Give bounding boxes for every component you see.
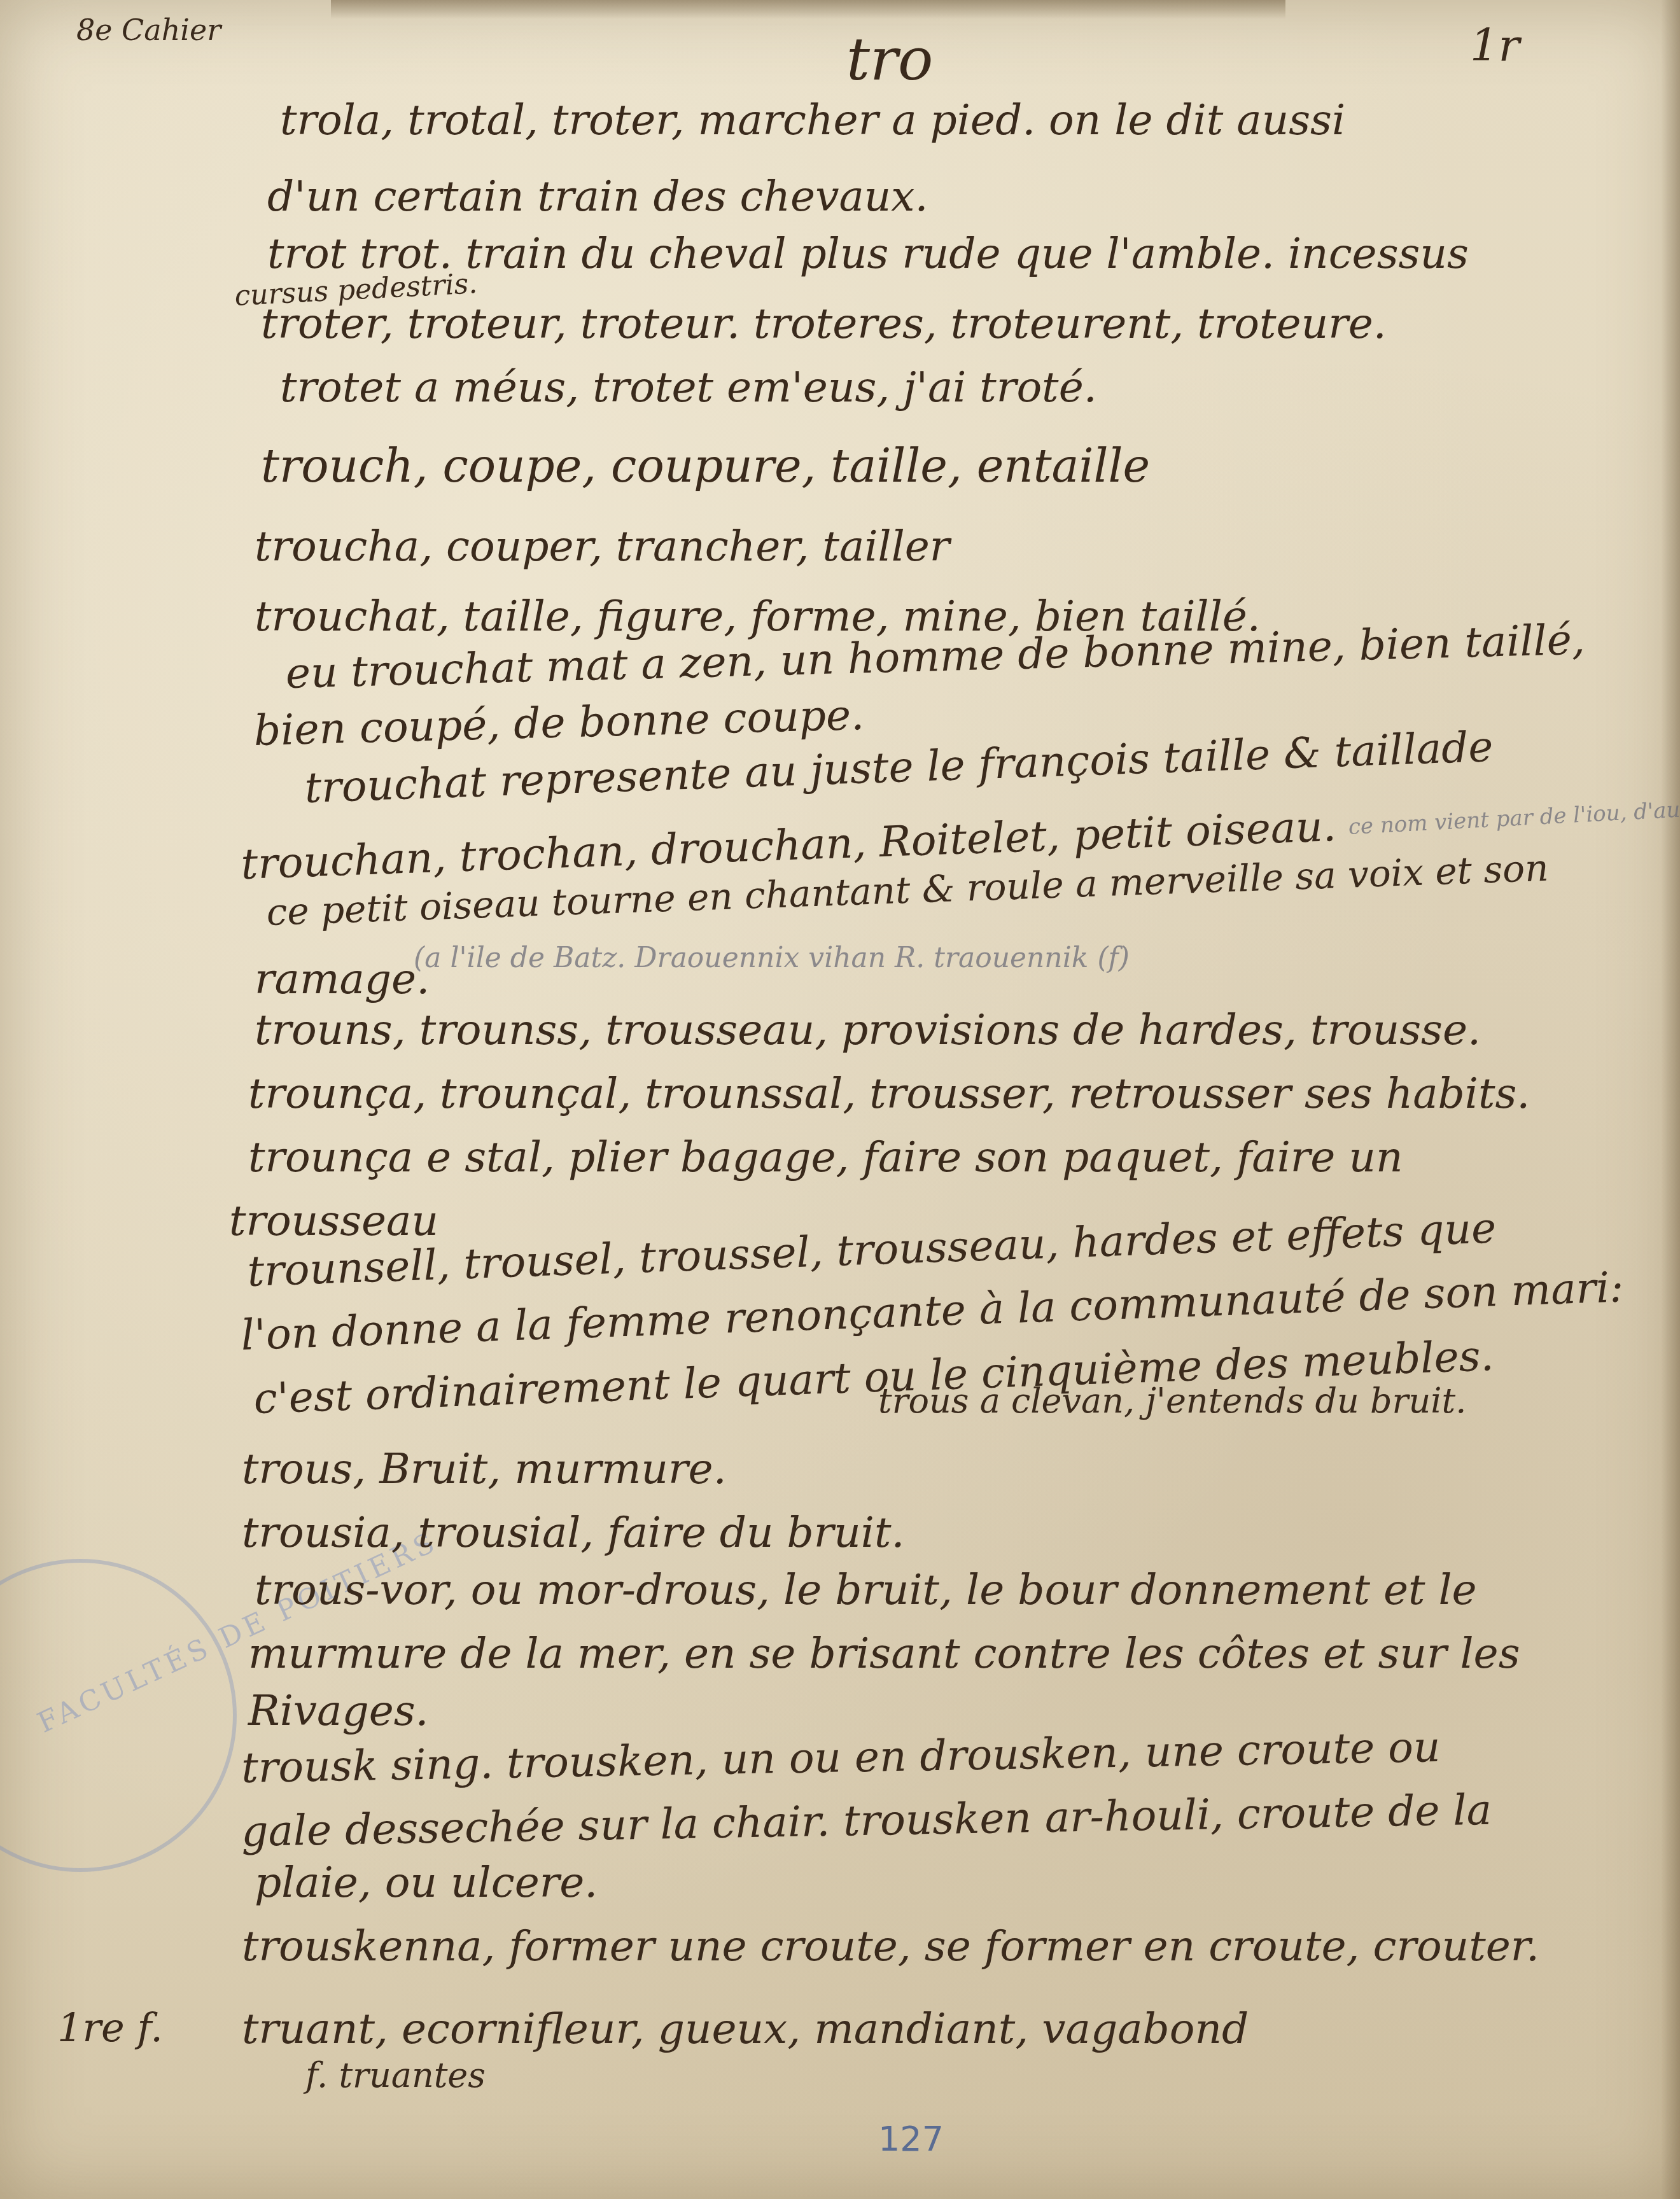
folio-number: 127 xyxy=(878,2119,944,2159)
entry-line: trounça e stal, plier bagage, faire son … xyxy=(248,1133,1403,1182)
entry-line: trous-vor, ou mor-drous, le bruit, le bo… xyxy=(255,1565,1477,1614)
notebook-label: 8e Cahier xyxy=(76,13,221,47)
entry-line: trotet a méus, trotet em'eus, j'ai troté… xyxy=(280,363,1097,412)
right-page-edge xyxy=(1661,0,1680,2199)
entry-line: trouskenna, former une croute, se former… xyxy=(242,1922,1539,1971)
entry-line: gale dessechée sur la chair. trousken ar… xyxy=(241,1785,1492,1856)
entry-line: Rivages. xyxy=(248,1686,429,1735)
entry-line: murmure de la mer, en se brisant contre … xyxy=(248,1629,1520,1678)
entry-example: trous a clevan, j'entends du bruit. xyxy=(878,1381,1466,1421)
entry-line: troter, troteur, troteur. troteres, trot… xyxy=(261,299,1387,348)
entry-line: d'un certain train des chevaux. xyxy=(267,172,928,221)
entry-line: f. truantes xyxy=(305,2055,486,2095)
entry-line: ramage. xyxy=(255,954,430,1003)
entry-line: trouns, trounss, trousseau, provisions d… xyxy=(255,1005,1481,1054)
entry-line: trous, Bruit, murmure. xyxy=(242,1444,727,1493)
top-edge-stain xyxy=(331,0,1285,19)
section-headword: tro xyxy=(846,25,933,94)
entry-line: trousia, trousial, faire du bruit. xyxy=(242,1508,904,1557)
page-marker: 1r xyxy=(1470,19,1520,71)
entry-line: troucha, couper, trancher, tailler xyxy=(255,522,949,571)
pencil-annotation: (a l'ile de Batz. Draouennix vihan R. tr… xyxy=(414,942,1130,974)
entry-line: trouch, coupe, coupure, taille, entaille xyxy=(261,439,1150,492)
entry-line: bien coupé, de bonne coupe. xyxy=(253,690,865,755)
manuscript-page: FACULTÉS DE POITIERS 8e Cahier tro 1r tr… xyxy=(0,0,1680,2199)
entry-line: trousseau xyxy=(229,1196,438,1245)
entry-line: trola, trotal, troter, marcher a pied. o… xyxy=(280,95,1345,144)
entry-line: trounça, trounçal, trounssal, trousser, … xyxy=(248,1069,1530,1118)
pencil-annotation: ce nom vient par de l'iou, d'au xyxy=(1348,797,1680,840)
entry-line: truant, ecornifleur, gueux, mandiant, va… xyxy=(242,2004,1249,2053)
margin-gender-note: 1re f. xyxy=(57,2004,163,2051)
entry-line: plaie, ou ulcere. xyxy=(255,1858,598,1907)
